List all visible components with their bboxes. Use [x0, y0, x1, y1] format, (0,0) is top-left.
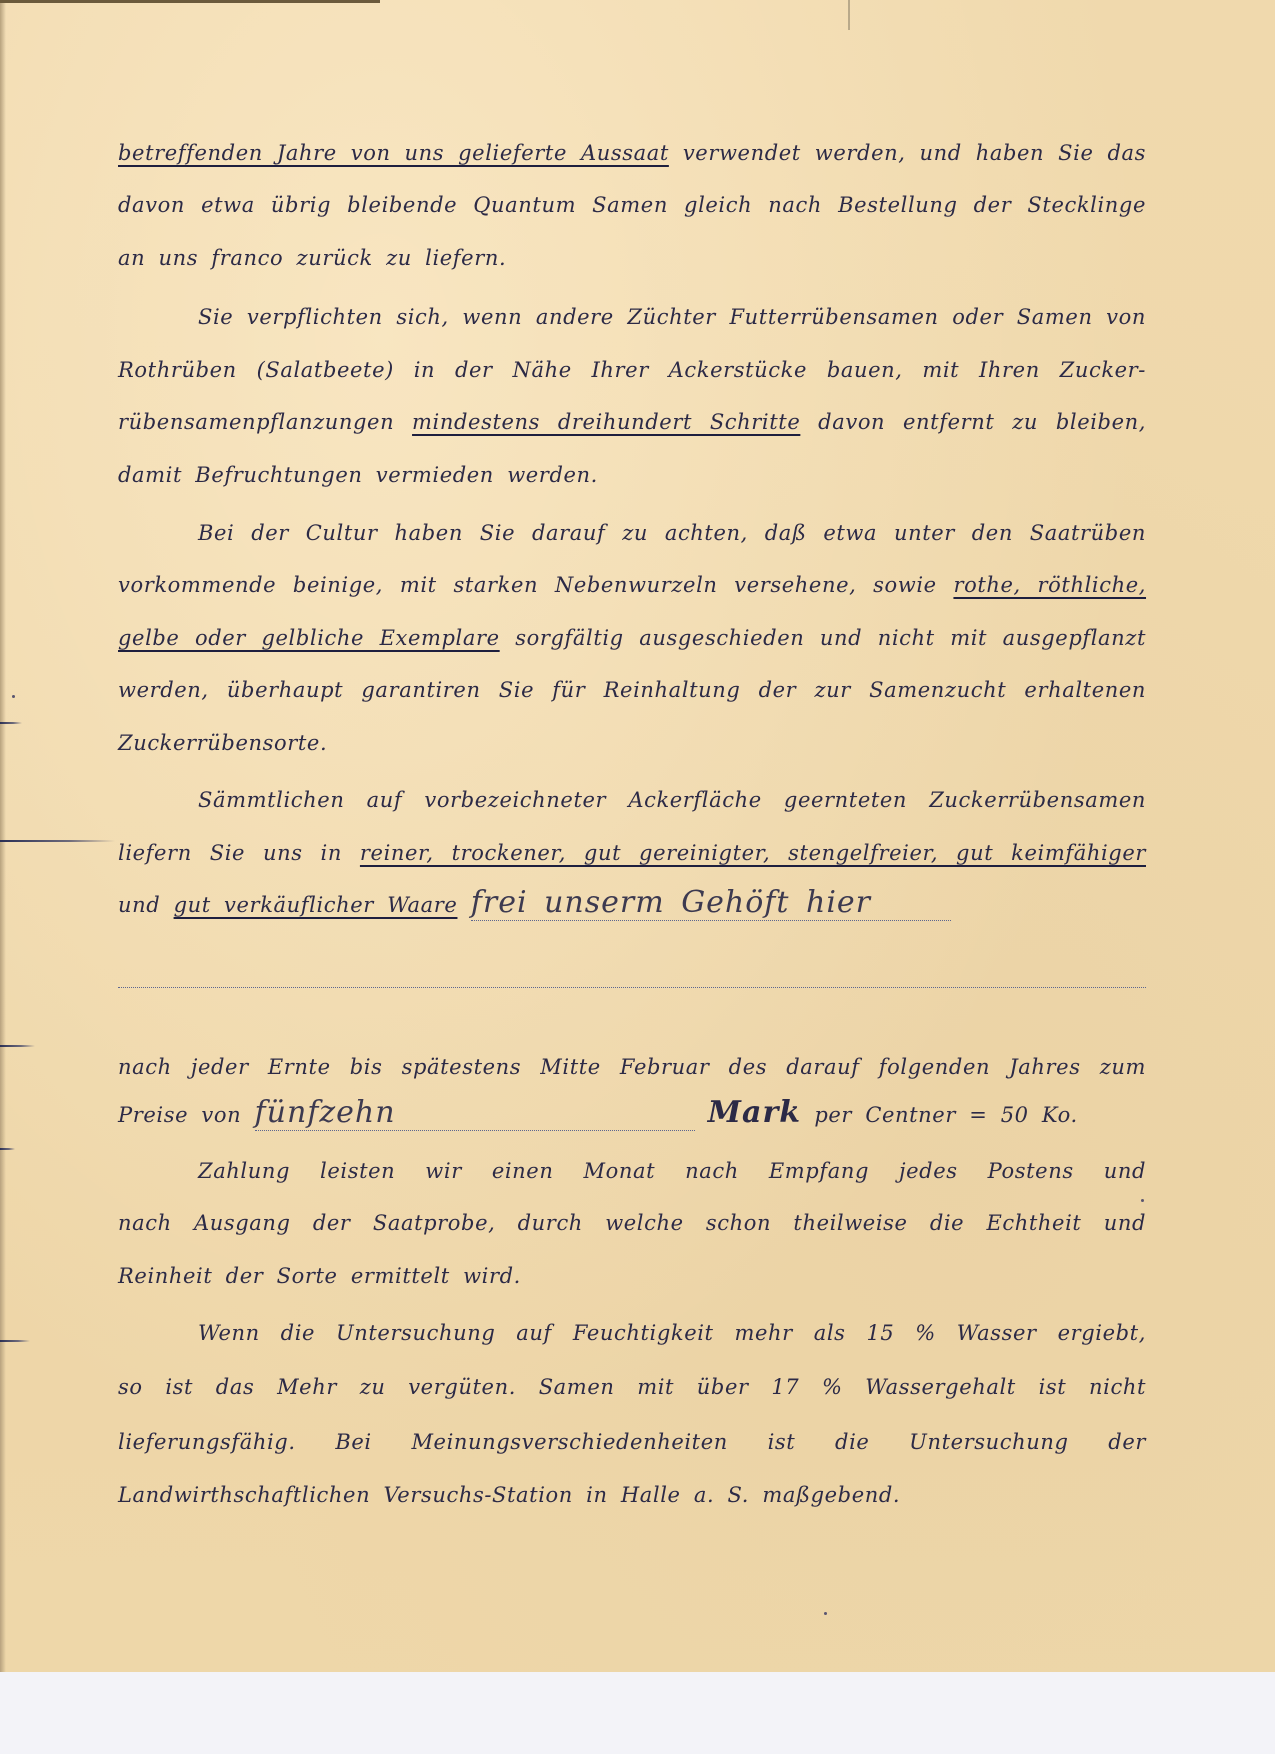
underlined-text: rothe, röthliche, — [953, 573, 1146, 597]
page-left-edge-shadow — [0, 0, 6, 1672]
text-line: Reinheit der Sorte ermittelt wird. — [118, 1261, 1146, 1291]
text-line: lieferungsfähig. Bei Meinungsverschieden… — [118, 1427, 1146, 1457]
underlined-text: gelbe oder gelbliche Exemplare — [118, 626, 500, 650]
text: Sie verpflichten sich, wenn andere Zücht… — [198, 305, 1146, 329]
text-line: nach jeder Ernte bis spätestens Mitte Fe… — [118, 1052, 1146, 1082]
fold-crease — [848, 0, 850, 30]
text-line: an uns franco zurück zu liefern. — [118, 243, 1146, 273]
underlined-text: betreffenden Jahre von uns gelieferte Au… — [118, 141, 669, 165]
underlined-text: gut verkäuflicher Waare — [174, 893, 458, 917]
text-line: Bei der Cultur haben Sie darauf zu achte… — [118, 518, 1146, 548]
text-line: und gut verkäuflicher Waare frei unserm … — [118, 888, 1146, 921]
text: an uns franco zurück zu liefern. — [118, 246, 506, 270]
text: vorkommende beinige, mit starken Nebenwu… — [118, 573, 953, 597]
edge-tear — [0, 722, 22, 724]
text: nach jeder Ernte bis spätestens Mitte Fe… — [118, 1055, 1146, 1079]
text: Zahlung leisten wir einen Monat nach Emp… — [198, 1159, 1146, 1183]
text: Zuckerrübensorte. — [118, 731, 327, 755]
price-unit: per Centner = 50 Ko. — [814, 1103, 1077, 1127]
text-line: Landwirthschaftlichen Versuchs-Station i… — [118, 1480, 1146, 1510]
text-line: rübensamenpflanzungen mindestens dreihun… — [118, 407, 1146, 437]
text: so ist das Mehr zu vergüten. Samen mit ü… — [118, 1375, 1146, 1399]
ink-speck — [1141, 1199, 1144, 1202]
text-line: vorkommende beinige, mit starken Nebenwu… — [118, 570, 1146, 600]
handwritten-delivery-place: frei unserm Gehöft hier — [471, 885, 871, 920]
fill-in-field-delivery-place: frei unserm Gehöft hier — [471, 888, 951, 921]
ink-speck — [12, 695, 15, 698]
text-line: Sämmtlichen auf vorbezeichneter Ackerflä… — [118, 785, 1146, 815]
text-line: Zuckerrübensorte. — [118, 728, 1146, 758]
text: verwendet werden, und haben Sie das — [669, 141, 1146, 165]
text: Sämmtlichen auf vorbezeichneter Ackerflä… — [198, 788, 1146, 812]
page-top-edge — [0, 0, 380, 3]
scanner-bed — [0, 1672, 1275, 1754]
text: lieferungsfähig. Bei Meinungsverschieden… — [118, 1430, 1146, 1454]
text: Bei der Cultur haben Sie darauf zu achte… — [198, 521, 1146, 545]
text-line: Rothrüben (Salatbeete) in der Nähe Ihrer… — [118, 355, 1146, 385]
text: Wenn die Untersuchung auf Feuchtigkeit m… — [198, 1321, 1146, 1345]
handwritten-price: fünfzehn — [255, 1095, 396, 1130]
price-prefix: Preise von — [118, 1103, 241, 1127]
text: liefern Sie uns in — [118, 841, 360, 865]
text: davon entfernt zu bleiben, — [800, 410, 1146, 434]
text: werden, überhaupt garantiren Sie für Rei… — [118, 678, 1146, 702]
text-line: so ist das Mehr zu vergüten. Samen mit ü… — [118, 1372, 1146, 1402]
text-line: liefern Sie uns in reiner, trockener, gu… — [118, 838, 1146, 868]
text-line: nach Ausgang der Saatprobe, durch welche… — [118, 1208, 1146, 1238]
underlined-text: mindestens dreihundert Schritte — [412, 410, 800, 434]
text-line: damit Befruchtungen vermieden werden. — [118, 460, 1146, 490]
text-line: Zahlung leisten wir einen Monat nach Emp… — [118, 1156, 1146, 1186]
text: Reinheit der Sorte ermittelt wird. — [118, 1264, 521, 1288]
ink-speck — [824, 1612, 827, 1615]
text: rübensamenpflanzungen — [118, 410, 412, 434]
text: nach Ausgang der Saatprobe, durch welche… — [118, 1211, 1146, 1235]
text: davon etwa übrig bleibende Quantum Samen… — [118, 193, 1146, 217]
text: damit Befruchtungen vermieden werden. — [118, 463, 598, 487]
currency-mark: Mark — [708, 1095, 801, 1130]
text-line: gelbe oder gelbliche Exemplare sorgfälti… — [118, 623, 1146, 653]
fill-in-field-price: fünfzehn — [255, 1098, 695, 1131]
text-line: Wenn die Untersuchung auf Feuchtigkeit m… — [118, 1318, 1146, 1348]
text-line: davon etwa übrig bleibende Quantum Samen… — [118, 190, 1146, 220]
underlined-text: reiner, trockener, gut gereinigter, sten… — [360, 841, 1146, 865]
text: und — [118, 893, 174, 917]
dotted-fill-line — [118, 987, 1146, 988]
edge-tear — [0, 1148, 15, 1150]
document-page: betreffenden Jahre von uns gelieferte Au… — [0, 0, 1275, 1674]
edge-tear — [0, 1045, 35, 1047]
text-line: Sie verpflichten sich, wenn andere Zücht… — [118, 302, 1146, 332]
text — [457, 893, 470, 917]
text-line: werden, überhaupt garantiren Sie für Rei… — [118, 675, 1146, 705]
edge-tear — [0, 840, 115, 842]
text: sorgfältig ausgeschieden und nicht mit a… — [500, 626, 1146, 650]
edge-tear — [0, 1340, 30, 1342]
text-line: betreffenden Jahre von uns gelieferte Au… — [118, 138, 1146, 168]
text: Rothrüben (Salatbeete) in der Nähe Ihrer… — [118, 358, 1146, 382]
text: Landwirthschaftlichen Versuchs-Station i… — [118, 1483, 900, 1507]
price-line: Preise von fünfzehn Mark per Centner = 5… — [118, 1098, 1146, 1131]
